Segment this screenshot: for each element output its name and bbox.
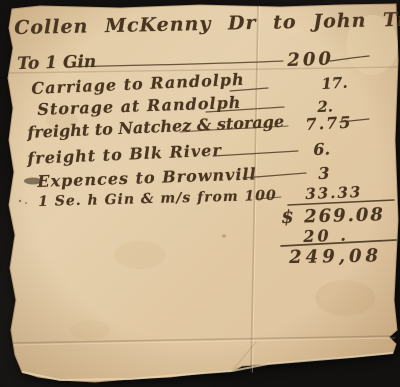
deduction-amount: 20 .	[303, 225, 349, 246]
item-amount: 3	[318, 164, 330, 183]
item-amount: 33.33	[305, 183, 363, 203]
item-amount: 6.	[313, 139, 330, 159]
item-label: To 1 Gin	[17, 52, 97, 74]
subtotal-amount: $ 269.08	[281, 204, 385, 228]
total-amount: 249,08	[289, 245, 382, 268]
photo-background: Collen McKenny Dr to John Trigg To 1 Gin…	[0, 0, 400, 387]
item-amount: 7.75	[305, 113, 353, 134]
item-amount: 17.	[321, 74, 348, 93]
item-amount: 200	[287, 48, 334, 71]
